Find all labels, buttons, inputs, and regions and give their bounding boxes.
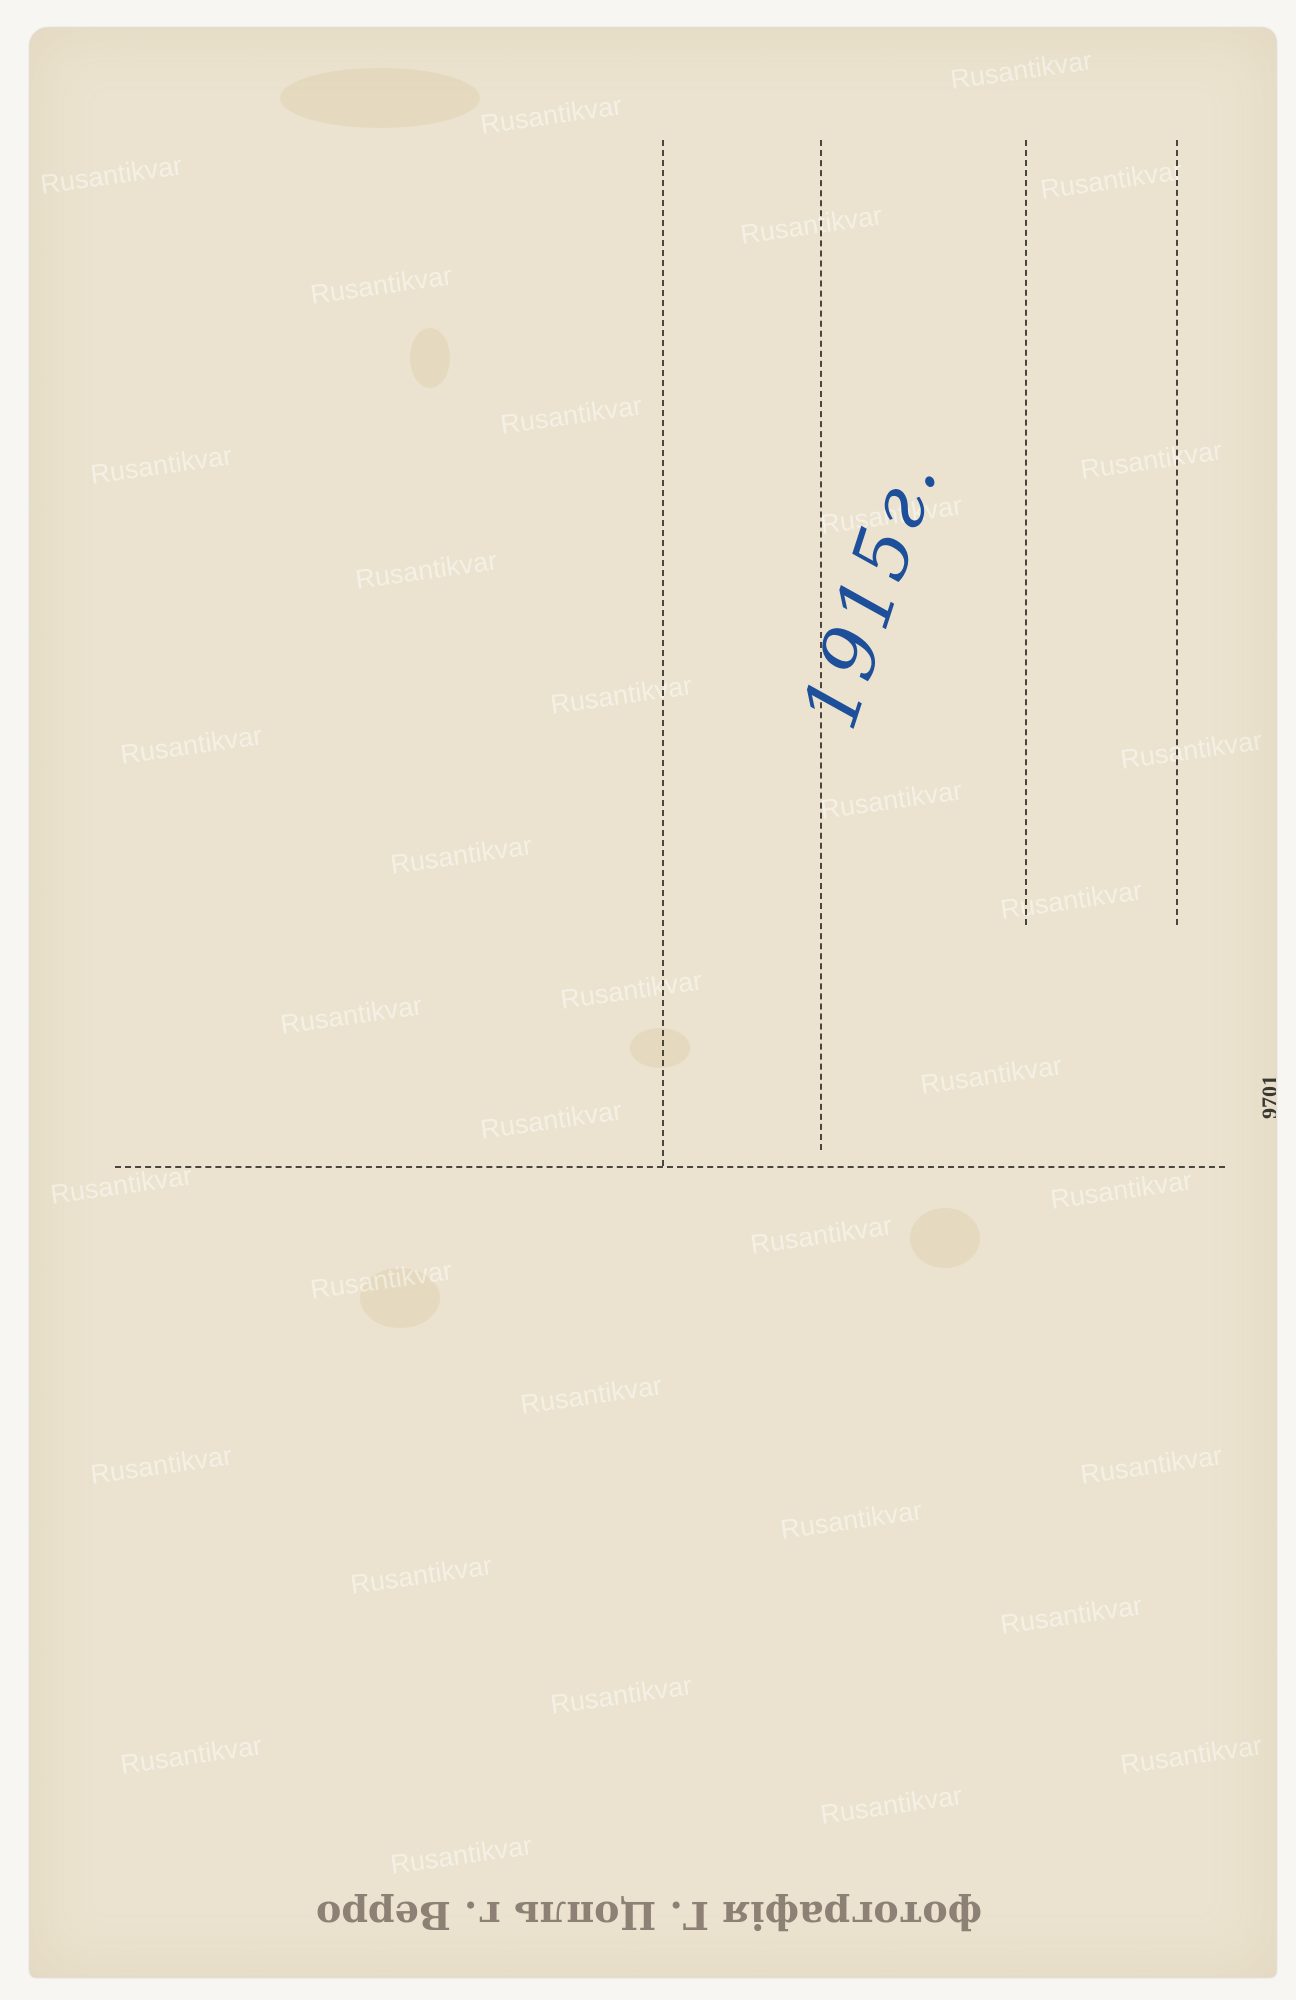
address-divider-line	[662, 140, 664, 1166]
watermark-text: Rusantikvar	[559, 965, 704, 1016]
paper-stain	[280, 68, 480, 128]
watermark-text: Rusantikvar	[739, 200, 884, 251]
watermark-text: Rusantikvar	[349, 1550, 494, 1601]
watermark-text: Rusantikvar	[119, 1730, 264, 1781]
watermark-text: Rusantikvar	[949, 45, 1094, 96]
watermark-text: Rusantikvar	[1119, 1730, 1264, 1781]
handwritten-date: 1915г.	[784, 446, 955, 740]
watermark-text: Rusantikvar	[999, 875, 1144, 926]
watermark-text: Rusantikvar	[999, 1590, 1144, 1641]
paper-stain	[910, 1208, 980, 1268]
watermark-text: Rusantikvar	[479, 90, 624, 141]
watermark-text: Rusantikvar	[499, 390, 644, 441]
watermark-text: Rusantikvar	[354, 545, 499, 596]
watermark-text: Rusantikvar	[919, 1050, 1064, 1101]
postcard-back: RusantikvarRusantikvarRusantikvarRusanti…	[30, 28, 1276, 1977]
watermark-text: Rusantikvar	[89, 1440, 234, 1491]
watermark-text: Rusantikvar	[39, 150, 184, 201]
watermark-text: Rusantikvar	[819, 775, 964, 826]
watermark-text: Rusantikvar	[1079, 1440, 1224, 1491]
watermark-text: Rusantikvar	[279, 990, 424, 1041]
watermark-text: Rusantikvar	[479, 1095, 624, 1146]
watermark-text: Rusantikvar	[309, 260, 454, 311]
watermark-text: Rusantikvar	[549, 1670, 694, 1721]
watermark-text: Rusantikvar	[549, 670, 694, 721]
serial-number: 9701	[1257, 1075, 1276, 1119]
watermark-text: Rusantikvar	[1039, 155, 1184, 206]
paper-stain	[630, 1028, 690, 1068]
stamp-box-left-edge	[1025, 140, 1027, 925]
watermark-text: Rusantikvar	[1049, 1165, 1194, 1216]
watermark-text: Rusantikvar	[519, 1370, 664, 1421]
watermark-text: Rusantikvar	[119, 720, 264, 771]
paper-stain	[410, 328, 450, 388]
stamp-box-right-edge	[1176, 140, 1178, 925]
watermark-text: Rusantikvar	[89, 440, 234, 491]
message-divider-line	[115, 1166, 1225, 1168]
watermark-text: Rusantikvar	[819, 1780, 964, 1831]
watermark-text: Rusantikvar	[389, 1830, 534, 1881]
watermark-text: Rusantikvar	[779, 1495, 924, 1546]
photographer-imprint: фотографія Г. Цопль г. Верро	[264, 1893, 1034, 1938]
watermark-text: Rusantikvar	[749, 1210, 894, 1261]
watermark-text: Rusantikvar	[1079, 435, 1224, 486]
watermark-text: Rusantikvar	[1119, 725, 1264, 776]
watermark-text: Rusantikvar	[389, 830, 534, 881]
